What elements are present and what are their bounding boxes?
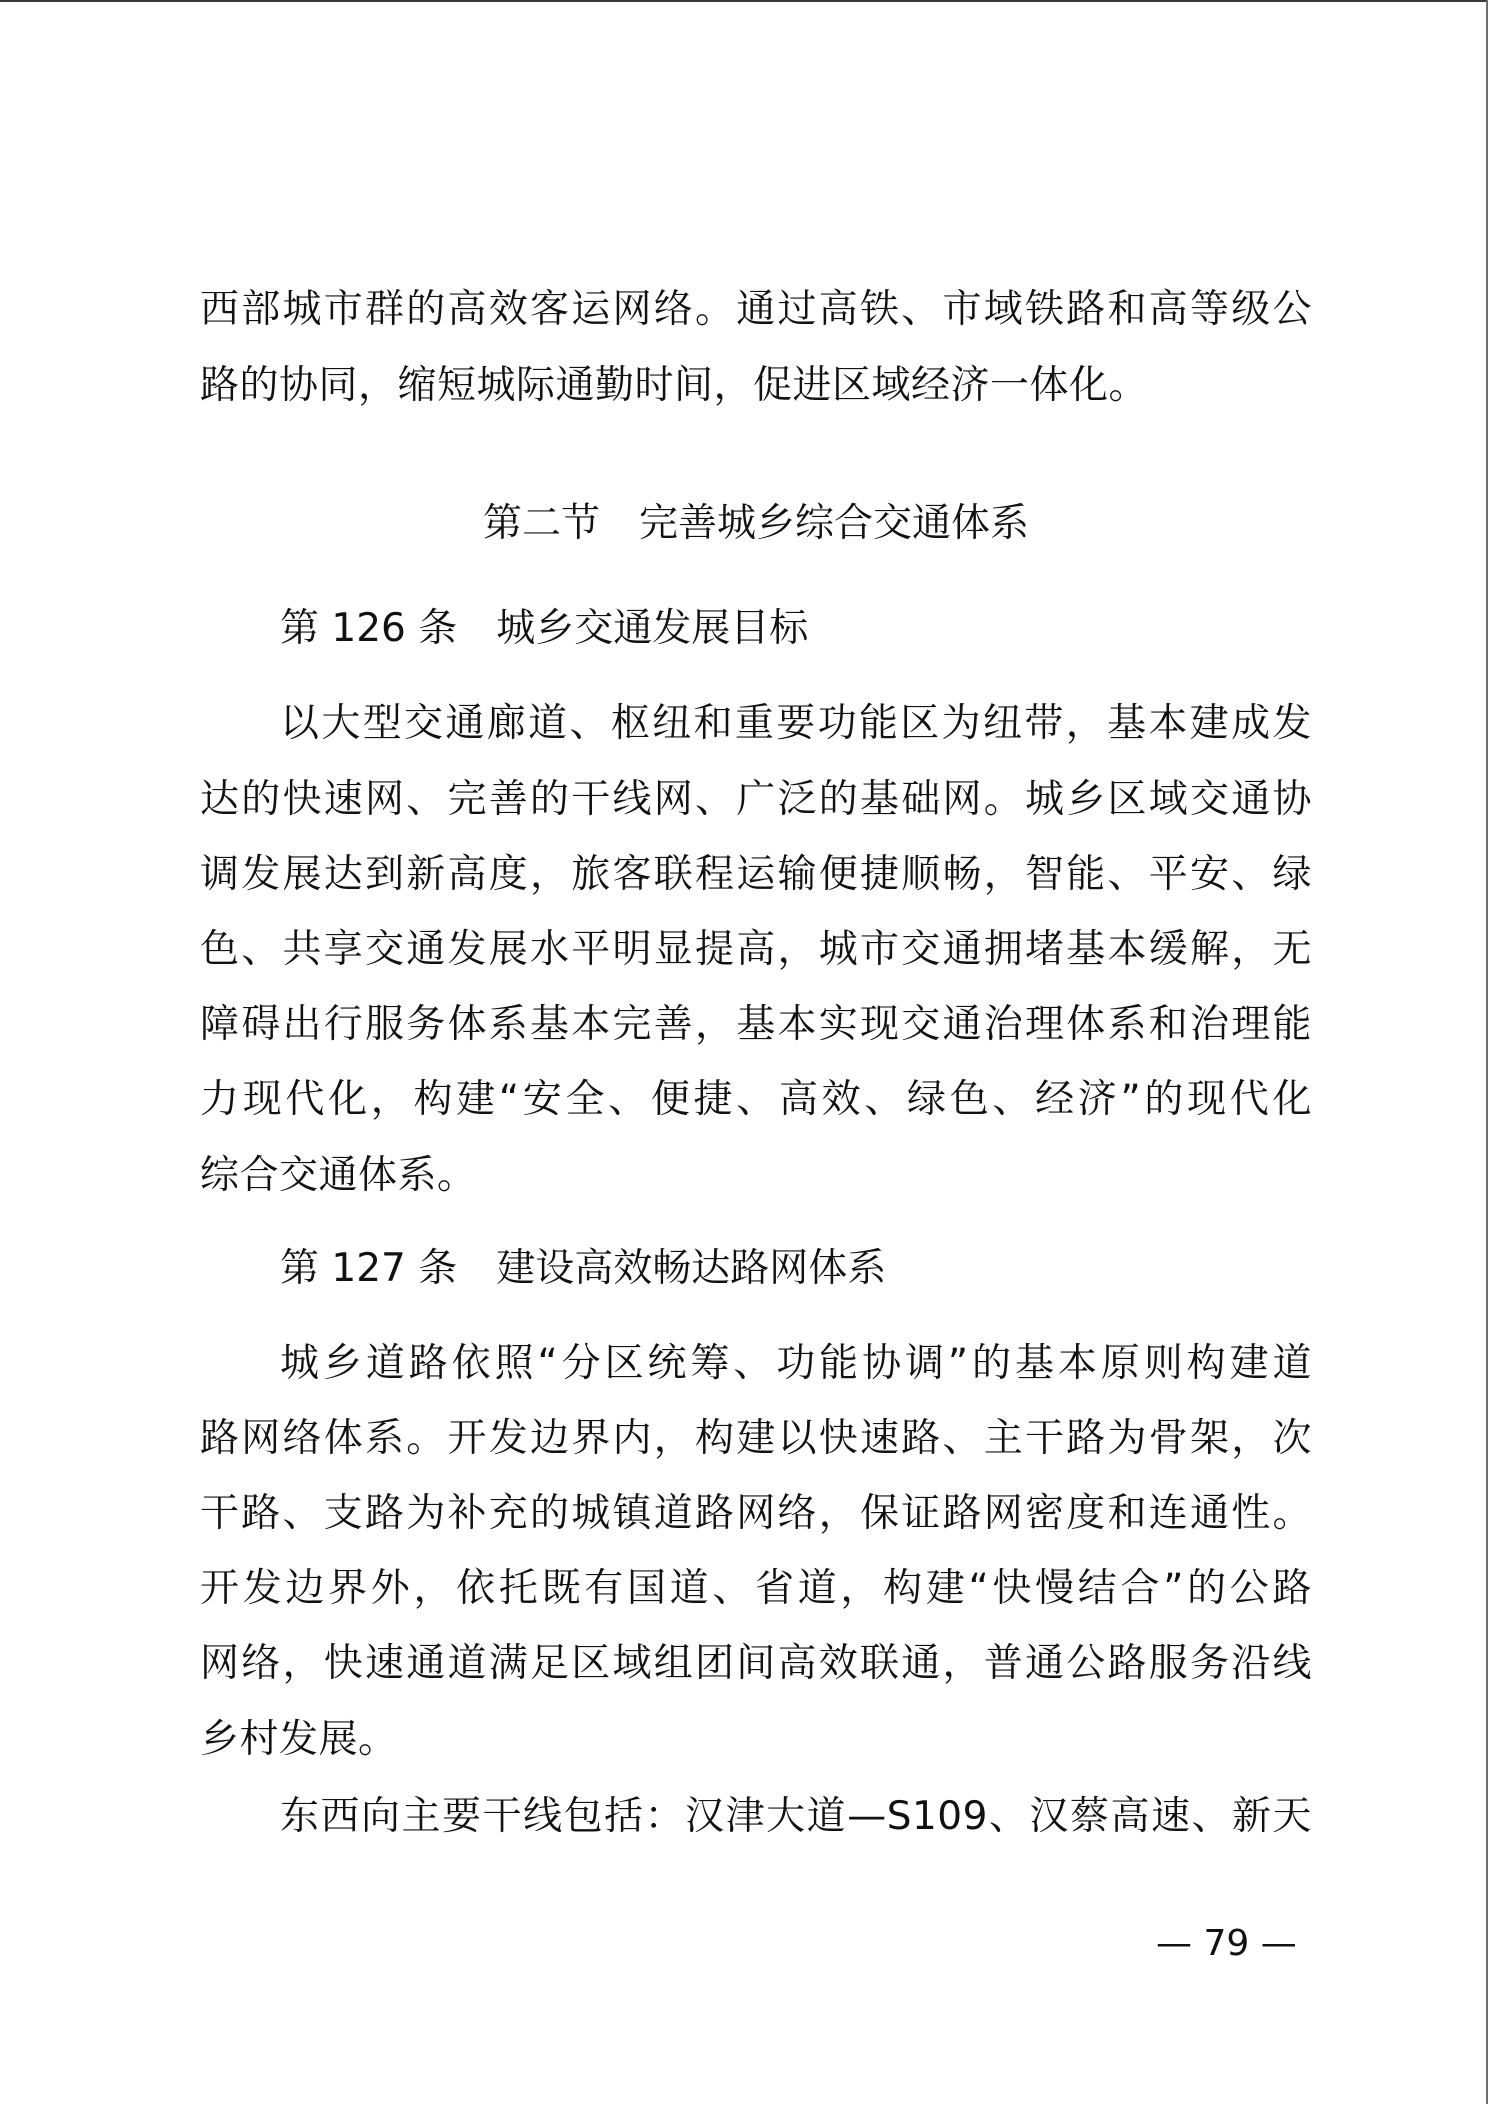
continuation-line-1: 西部城市群的高效客运网络。通过高铁、市域铁路和高等级公: [200, 286, 1312, 334]
page-number: — 79 —: [1156, 1922, 1297, 1966]
article-126-line-1: 以大型交通廊道、枢纽和重要功能区为纽带，基本建成发: [280, 700, 1312, 748]
article-126-title: 第 126 条 城乡交通发展目标: [280, 605, 808, 653]
article-126-line-3: 调发展达到新高度，旅客联程运输便捷顺畅，智能、平安、绿: [200, 851, 1312, 899]
page-top-border: [0, 0, 1488, 2]
article-127-line-5: 网络，快速通道满足区域组团间高效联通，普通公路服务沿线: [200, 1640, 1312, 1688]
article-127-title: 第 127 条 建设高效畅达路网体系: [280, 1245, 886, 1293]
article-127-line-6: 乡村发展。: [200, 1716, 398, 1764]
article-127-line-1: 城乡道路依照“分区统筹、功能协调”的基本原则构建道: [280, 1340, 1312, 1388]
article-126-line-5: 障碍出行服务体系基本完善，基本实现交通治理体系和治理能: [200, 1001, 1312, 1049]
article-126-line-2: 达的快速网、完善的干线网、广泛的基础网。城乡区域交通协: [200, 776, 1312, 824]
section-title: 第二节 完善城乡综合交通体系: [200, 500, 1312, 548]
article-126-line-7: 综合交通体系。: [200, 1152, 477, 1200]
article-127-next-paragraph-line-1: 东西向主要干线包括：汉津大道—S109、汉蔡高速、新天: [280, 1793, 1312, 1841]
article-127-line-3: 干路、支路为补充的城镇道路网络，保证路网密度和连通性。: [200, 1490, 1312, 1538]
article-127-line-4: 开发边界外，依托既有国道、省道，构建“快慢结合”的公路: [200, 1565, 1312, 1613]
article-126-line-6: 力现代化，构建“安全、便捷、高效、绿色、经济”的现代化: [200, 1076, 1312, 1124]
article-126-line-4: 色、共享交通发展水平明显提高，城市交通拥堵基本缓解，无: [200, 926, 1312, 974]
article-127-line-2: 路网络体系。开发边界内，构建以快速路、主干路为骨架，次: [200, 1415, 1312, 1463]
continuation-line-2: 路的协同，缩短城际通勤时间，促进区域经济一体化。: [200, 362, 1148, 410]
